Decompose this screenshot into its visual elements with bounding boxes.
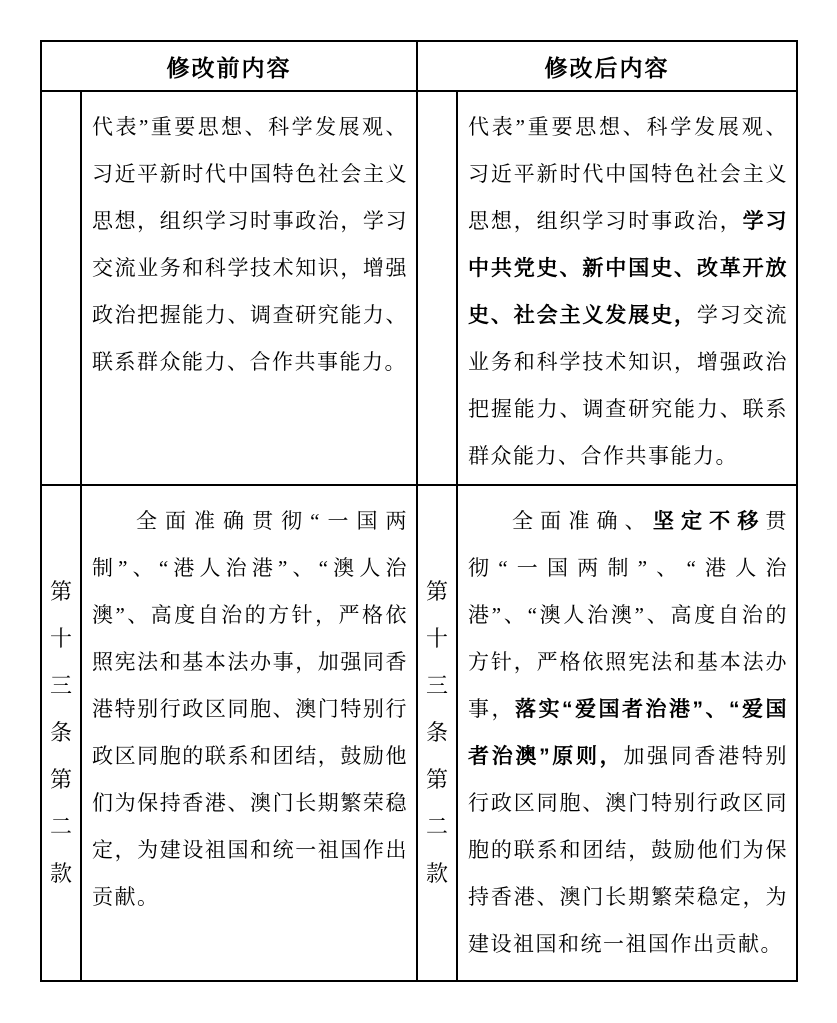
before-paragraph-row2: 全面准确贯彻“一国两制”、“港人治港”、“澳人治澳”、高度自治的方针，严格依照宪… — [92, 498, 408, 921]
comparison-table: 修改前内容 修改后内容 代表”重要思想、科学发展观、习近平新时代中国特色社会主义… — [40, 40, 798, 982]
after-content-row1: 代表”重要思想、科学发展观、习近平新时代中国特色社会主义思想，组织学习时事政治，… — [458, 92, 796, 486]
document-page: 修改前内容 修改后内容 代表”重要思想、科学发展观、习近平新时代中国特色社会主义… — [0, 0, 837, 1023]
article-label-after-row1 — [418, 92, 458, 486]
header-label-after: 修改后内容 — [545, 50, 670, 83]
after-content-row2: 全面准确、坚定不移贯彻“一国两制”、“港人治港”、“澳人治澳”、高度自治的方针，… — [458, 486, 796, 980]
before-content-row2: 全面准确贯彻“一国两制”、“港人治港”、“澳人治澳”、高度自治的方针，严格依照宪… — [82, 486, 418, 980]
article-label-before-row1 — [42, 92, 82, 486]
after-paragraph-row1: 代表”重要思想、科学发展观、习近平新时代中国特色社会主义思想，组织学习时事政治，… — [468, 104, 788, 480]
article-label-after-row2: 第十三条第二款 — [418, 486, 458, 980]
before-paragraph-row1: 代表”重要思想、科学发展观、习近平新时代中国特色社会主义思想，组织学习时事政治，… — [92, 104, 408, 386]
header-label-before: 修改前内容 — [167, 50, 292, 83]
after-paragraph-row2: 全面准确、坚定不移贯彻“一国两制”、“港人治港”、“澳人治澳”、高度自治的方针，… — [468, 498, 788, 968]
header-cell-before: 修改前内容 — [42, 42, 418, 92]
before-content-row1: 代表”重要思想、科学发展观、习近平新时代中国特色社会主义思想，组织学习时事政治，… — [82, 92, 418, 486]
article-label-before-row2: 第十三条第二款 — [42, 486, 82, 980]
header-cell-after: 修改后内容 — [418, 42, 796, 92]
